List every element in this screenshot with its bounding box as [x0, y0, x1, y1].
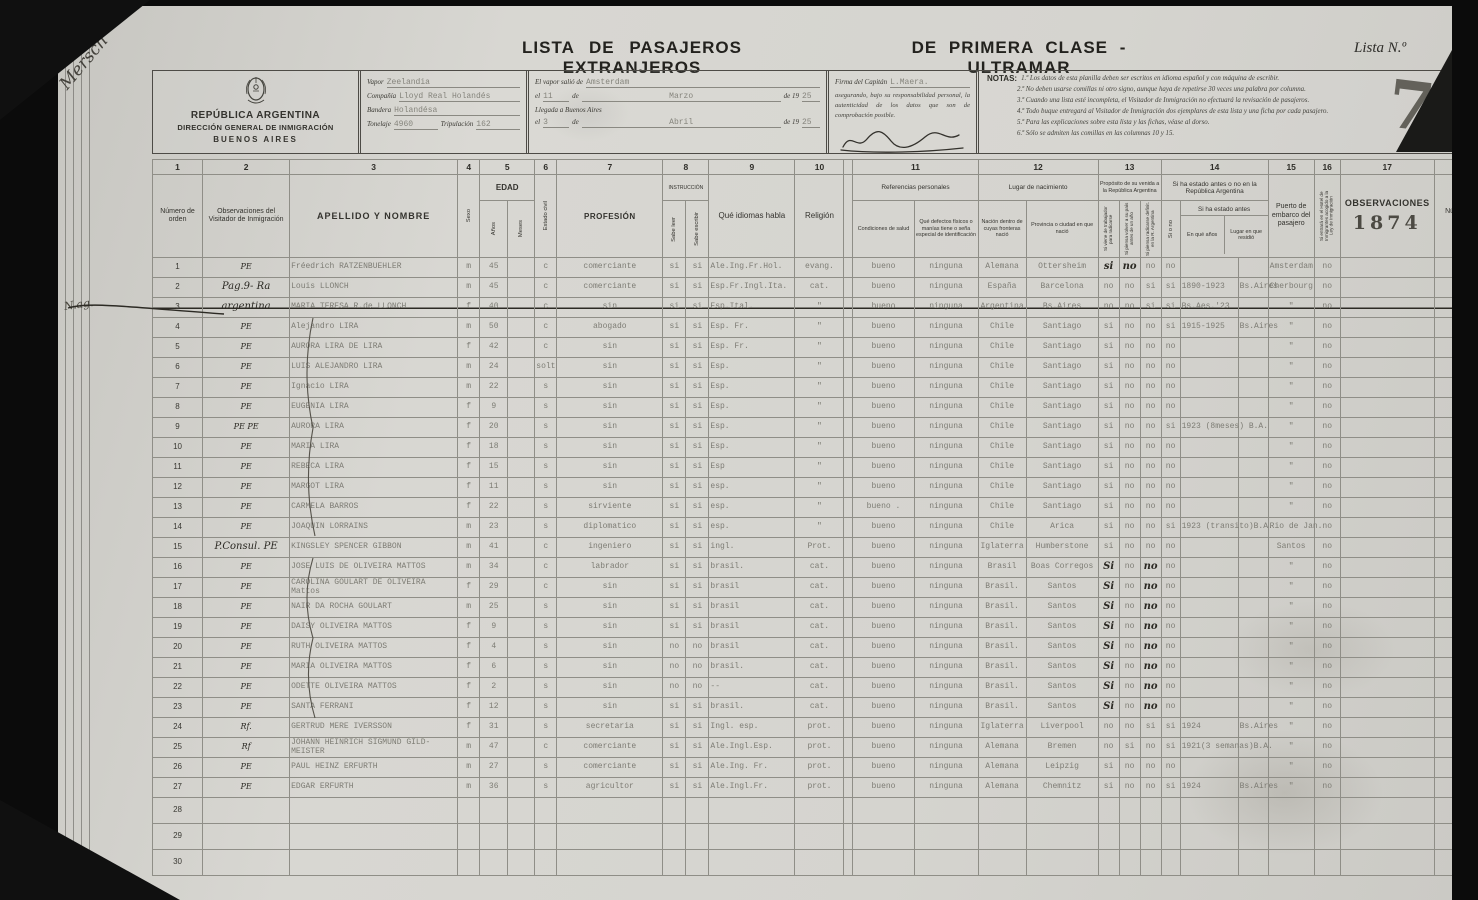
- cell-months: [508, 398, 535, 418]
- cell-obs17: [1340, 798, 1434, 824]
- cell-sp: [844, 278, 853, 298]
- cell-before: no: [1161, 438, 1180, 458]
- cell-nation: Brasil.: [978, 598, 1026, 618]
- table-row: 9PE PEAURORA LIRAf20ssinsisiEsp."buenoni…: [153, 418, 1478, 438]
- cell-prof: comerciante: [557, 278, 663, 298]
- lista-number-label: Lista N.º: [1354, 40, 1406, 57]
- cell-civil: s: [535, 598, 557, 618]
- cell-c16: no: [1314, 318, 1340, 338]
- cell-obs: PE: [203, 598, 290, 618]
- table-row: 15P.Consul. PEKINGSLEY SPENCER GIBBONm41…: [153, 538, 1478, 558]
- cell-name: JOAQUIN LORRAINS: [290, 518, 458, 538]
- header-observaciones-visitador: Observaciones del Visitador de Inmigraci…: [203, 175, 290, 258]
- cell-obs17: [1340, 738, 1434, 758]
- cell-sp: [844, 578, 853, 598]
- cell-health: bueno: [853, 718, 914, 738]
- cell-port: ": [1268, 418, 1314, 438]
- cell-nation: Brasil.: [978, 678, 1026, 698]
- cell-obs17: [1340, 698, 1434, 718]
- cell-c16: no: [1314, 538, 1340, 558]
- cell-p2: si: [1119, 738, 1140, 758]
- cell-port: Santos: [1268, 538, 1314, 558]
- cell-civil: c: [535, 318, 557, 338]
- cell-before: no: [1161, 378, 1180, 398]
- cell-years: 40: [480, 298, 508, 318]
- cell-health: bueno: [853, 598, 914, 618]
- cell-sp: [844, 418, 853, 438]
- header-idiomas: Qué idiomas habla: [709, 175, 795, 258]
- cell-n: 26: [153, 758, 203, 778]
- header-proposito-2: Si piensa volver a su país antes de un a…: [1119, 201, 1140, 258]
- table-row: 2929: [153, 824, 1478, 850]
- tripulacion-value: 162: [476, 120, 520, 130]
- cell-p2: no: [1119, 318, 1140, 338]
- table-row: 4PEAlejandro LIRAm50cabogadosisiEsp. Fr.…: [153, 318, 1478, 338]
- table-row: 19PEDAISY OLIVEIRA MATTOSf9ssinsisibrasi…: [153, 618, 1478, 638]
- cell-sp: [844, 438, 853, 458]
- cell-obs: PE: [203, 678, 290, 698]
- cell-health: bueno: [853, 338, 914, 358]
- cell-rel: prot.: [795, 778, 844, 798]
- cell-sp: [844, 778, 853, 798]
- cell-p3: no: [1140, 758, 1161, 778]
- cell-name: NAIR DA ROCHA GOULART: [290, 598, 458, 618]
- col-number: 9: [709, 160, 795, 175]
- cell-obs: [203, 798, 290, 824]
- cell-p1: Si: [1098, 638, 1119, 658]
- cell-p1: si: [1098, 538, 1119, 558]
- cell-write: si: [686, 558, 709, 578]
- table-row: 23PESANTA FERRANIf12ssinsisibrasil.cat.b…: [153, 698, 1478, 718]
- header-proposito-1: Si viene de trabajador para radicarse: [1098, 201, 1119, 258]
- cell-health: bueno: [853, 478, 914, 498]
- col-number: 13: [1098, 160, 1161, 175]
- cell-before: si: [1161, 518, 1180, 538]
- cell-read: si: [663, 278, 686, 298]
- cell-prof: agricultor: [557, 778, 663, 798]
- cell-yrs: 1921(3 semanas)B.A.: [1180, 738, 1238, 758]
- cell-c16: no: [1314, 558, 1340, 578]
- cell-sp: [844, 378, 853, 398]
- cell-obs17: [1340, 398, 1434, 418]
- cell-name: GERTRUD MERE IVERSSON: [290, 718, 458, 738]
- cell-write: [686, 850, 709, 876]
- cell-port: ": [1268, 738, 1314, 758]
- cell-sex: f: [458, 418, 480, 438]
- cell-sp: [844, 824, 853, 850]
- ship-vapor-field: Vapor Zeelandia: [367, 78, 520, 88]
- cell-years: [480, 850, 508, 876]
- cell-years: 45: [480, 278, 508, 298]
- cell-port: ": [1268, 458, 1314, 478]
- cell-p1: si: [1098, 458, 1119, 478]
- cell-defects: ninguna: [914, 598, 978, 618]
- cell-nation: Alemana: [978, 258, 1026, 278]
- cell-defects: ninguna: [914, 698, 978, 718]
- cell-place: [1238, 798, 1268, 824]
- cell-nation: Argentina: [978, 298, 1026, 318]
- cell-health: bueno: [853, 738, 914, 758]
- cell-months: [508, 478, 535, 498]
- cell-name: EDGAR ERFURTH: [290, 778, 458, 798]
- cell-defects: ninguna: [914, 658, 978, 678]
- cell-obs: PE: [203, 478, 290, 498]
- cell-civil: c: [535, 298, 557, 318]
- cell-p3: no: [1140, 558, 1161, 578]
- cell-p2: no: [1119, 498, 1140, 518]
- cell-p2: no: [1119, 758, 1140, 778]
- cell-read: si: [663, 738, 686, 758]
- cell-place: [1238, 498, 1268, 518]
- cell-city: Leipzig: [1026, 758, 1098, 778]
- cell-p3: no: [1140, 258, 1161, 278]
- col-number: 14: [1161, 160, 1268, 175]
- cell-civil: s: [535, 498, 557, 518]
- cell-civil: c: [535, 558, 557, 578]
- cell-nation: España: [978, 278, 1026, 298]
- cell-rel: ": [795, 358, 844, 378]
- salio-label: El vapor salió de: [535, 78, 583, 86]
- book-binding-edge: [58, 6, 92, 900]
- cell-lang: brasil.: [709, 698, 795, 718]
- observaciones-label: OBSERVACIONES: [1342, 198, 1433, 209]
- cell-yrs: [1180, 698, 1238, 718]
- cell-before: no: [1161, 478, 1180, 498]
- cell-rel: cat.: [795, 698, 844, 718]
- cell-c16: no: [1314, 738, 1340, 758]
- cell-p2: no: [1119, 558, 1140, 578]
- header-provincia-ciudad: Provincia o ciudad en que nació: [1026, 201, 1098, 258]
- cell-write: no: [686, 658, 709, 678]
- cell-health: bueno: [853, 778, 914, 798]
- cell-years: 23: [480, 518, 508, 538]
- cell-n: 4: [153, 318, 203, 338]
- anio-salida: 25: [802, 92, 820, 102]
- cell-yrs: [1180, 824, 1238, 850]
- cell-obs: PE PE: [203, 418, 290, 438]
- cell-read: [663, 798, 686, 824]
- cell-defects: ninguna: [914, 398, 978, 418]
- cell-read: si: [663, 598, 686, 618]
- cell-years: 20: [480, 418, 508, 438]
- cell-health: [853, 850, 914, 876]
- table-row: 11PEREBECA LIRAf15ssinsisiEsp"buenoningu…: [153, 458, 1478, 478]
- cell-city: Bremen: [1026, 738, 1098, 758]
- cell-obs: argentina: [203, 298, 290, 318]
- cell-read: no: [663, 678, 686, 698]
- cell-p3: si: [1140, 298, 1161, 318]
- cell-before: si: [1161, 738, 1180, 758]
- cell-sex: f: [458, 578, 480, 598]
- cell-prof: ingeniero: [557, 538, 663, 558]
- mes-llegada: Abril: [582, 118, 781, 128]
- cell-months: [508, 658, 535, 678]
- cell-sex: f: [458, 438, 480, 458]
- cell-prof: sin: [557, 618, 663, 638]
- cell-sp: [844, 318, 853, 338]
- cell-p1: si: [1098, 778, 1119, 798]
- cell-lang: Esp.Ital.: [709, 298, 795, 318]
- cell-city: Chemnitz: [1026, 778, 1098, 798]
- header-proposito-3: Si piensa radicarse definit. en la R. Ar…: [1140, 201, 1161, 258]
- cell-c16: [1314, 798, 1340, 824]
- cell-prof: sin: [557, 678, 663, 698]
- vapor-label: Vapor: [367, 78, 384, 86]
- cell-civil: c: [535, 278, 557, 298]
- cell-yrs: [1180, 638, 1238, 658]
- cell-port: ": [1268, 378, 1314, 398]
- cell-n: 1: [153, 258, 203, 278]
- header-meses: Meses: [508, 201, 535, 258]
- cell-n: 3: [153, 298, 203, 318]
- cell-before: si: [1161, 298, 1180, 318]
- cell-months: [508, 798, 535, 824]
- cell-years: 36: [480, 778, 508, 798]
- cell-write: si: [686, 698, 709, 718]
- cell-c16: [1314, 850, 1340, 876]
- cell-prof: [557, 850, 663, 876]
- table-row: 27PEEDGAR ERFURTHm36sagricultorsisiAle.I…: [153, 778, 1478, 798]
- cell-obs: Rf: [203, 738, 290, 758]
- cell-nation: Chile: [978, 478, 1026, 498]
- cell-lang: brasil: [709, 598, 795, 618]
- cell-health: bueno: [853, 358, 914, 378]
- cell-obs: PE: [203, 398, 290, 418]
- cell-city: Ottersheim: [1026, 258, 1098, 278]
- cell-city: Santiago: [1026, 458, 1098, 478]
- cell-prof: sin: [557, 458, 663, 478]
- compania-value: Lloyd Real Holandés: [399, 92, 520, 102]
- cell-name: RUTH OLIVEIRA MATTOS: [290, 638, 458, 658]
- scanned-passenger-list: { "page": { "title_left": "LISTA DE PASA…: [0, 0, 1478, 900]
- cell-nation: Chile: [978, 458, 1026, 478]
- cell-defects: ninguna: [914, 538, 978, 558]
- cell-p3: no: [1140, 458, 1161, 478]
- cell-before: no: [1161, 758, 1180, 778]
- cell-civil: [535, 850, 557, 876]
- cell-obs: PE: [203, 698, 290, 718]
- table-row: 12PEMARGOT LIRAf11ssinsisiesp."buenoning…: [153, 478, 1478, 498]
- cell-name: AURORA LIRA: [290, 418, 458, 438]
- cell-p3: si: [1140, 278, 1161, 298]
- cell-p1: si: [1098, 518, 1119, 538]
- cell-years: [480, 798, 508, 824]
- cell-city: Santiago: [1026, 478, 1098, 498]
- cell-sex: f: [458, 718, 480, 738]
- cell-name: ODETTE OLIVEIRA MATTOS: [290, 678, 458, 698]
- cell-yrs: 1915-1925: [1180, 318, 1238, 338]
- cell-c16: no: [1314, 398, 1340, 418]
- cell-write: si: [686, 318, 709, 338]
- cell-p1: [1098, 850, 1119, 876]
- salida-date-field: el 11 de Marzo de 19 25: [535, 92, 820, 102]
- col-number: 5: [480, 160, 535, 175]
- header-sabe-escribir: Sabe escribir: [686, 201, 709, 258]
- cell-p3: no: [1140, 658, 1161, 678]
- cell-n: 18: [153, 598, 203, 618]
- cell-name: CAROLINA GOULART DE OLIVEIRA Mattos: [290, 578, 458, 598]
- cell-sp: [844, 718, 853, 738]
- cell-name: KINGSLEY SPENCER GIBBON: [290, 538, 458, 558]
- cell-health: bueno: [853, 538, 914, 558]
- de-label2: de: [572, 118, 579, 126]
- cell-health: [853, 824, 914, 850]
- cell-prof: sin: [557, 638, 663, 658]
- cell-c16: no: [1314, 438, 1340, 458]
- cell-obs17: [1340, 678, 1434, 698]
- cell-health: bueno: [853, 398, 914, 418]
- vapor-value: Zeelandia: [387, 78, 520, 88]
- cell-read: si: [663, 498, 686, 518]
- cell-yrs: [1180, 578, 1238, 598]
- cell-place: [1238, 458, 1268, 478]
- cell-before: no: [1161, 558, 1180, 578]
- cell-place: [1238, 578, 1268, 598]
- cell-p2: no: [1119, 298, 1140, 318]
- cell-read: si: [663, 758, 686, 778]
- cell-p2: no: [1119, 698, 1140, 718]
- cell-sp: [844, 638, 853, 658]
- cell-port: ": [1268, 358, 1314, 378]
- cell-obs: PE: [203, 518, 290, 538]
- cell-lang: brasil.: [709, 558, 795, 578]
- cell-c16: no: [1314, 358, 1340, 378]
- cell-prof: sin: [557, 438, 663, 458]
- cell-civil: s: [535, 418, 557, 438]
- cell-place: Bs.Aires: [1238, 778, 1268, 798]
- cell-obs17: [1340, 478, 1434, 498]
- cell-defects: ninguna: [914, 718, 978, 738]
- cell-p2: no: [1119, 338, 1140, 358]
- cell-sp: [844, 798, 853, 824]
- cell-prof: sin: [557, 598, 663, 618]
- cell-c16: no: [1314, 498, 1340, 518]
- cell-p1: Si: [1098, 658, 1119, 678]
- cell-read: [663, 850, 686, 876]
- cell-rel: cat.: [795, 618, 844, 638]
- header-observaciones: OBSERVACIONES 1874: [1340, 175, 1434, 258]
- nota-item: 3.ª Cuando una lista esté incompleta, el…: [1017, 96, 1348, 107]
- cell-obs: PE: [203, 578, 290, 598]
- cell-sp: [844, 678, 853, 698]
- table-row: 2Pag.9- RaLouis LLONCHm45ccomerciantesis…: [153, 278, 1478, 298]
- cell-write: si: [686, 258, 709, 278]
- tonelaje-label: Tonelaje: [367, 120, 391, 128]
- cell-yrs: [1180, 598, 1238, 618]
- cell-defects: ninguna: [914, 318, 978, 338]
- cell-c16: no: [1314, 598, 1340, 618]
- cell-place: [1238, 638, 1268, 658]
- cell-name: MARIA OLIVEIRA MATTOS: [290, 658, 458, 678]
- header-apellido-nombre: APELLIDO Y NOMBRE: [290, 175, 458, 258]
- cell-port: ": [1268, 598, 1314, 618]
- cell-obs17: [1340, 618, 1434, 638]
- cell-p3: no: [1140, 338, 1161, 358]
- cell-place: Bs.Aires: [1238, 318, 1268, 338]
- cell-rel: cat.: [795, 278, 844, 298]
- cell-city: Arica: [1026, 518, 1098, 538]
- cell-sex: f: [458, 618, 480, 638]
- cell-city: [1026, 824, 1098, 850]
- cell-obs: PE: [203, 638, 290, 658]
- cell-p1: no: [1098, 278, 1119, 298]
- cell-sex: m: [458, 758, 480, 778]
- cell-port: Amsterdam: [1268, 258, 1314, 278]
- cell-name: MARIA LIRA: [290, 438, 458, 458]
- cell-before: no: [1161, 398, 1180, 418]
- header-religion: Religión: [795, 175, 844, 258]
- cell-name: CARMELA BARROS: [290, 498, 458, 518]
- cell-obs17: [1340, 558, 1434, 578]
- table-row: 26PEPAUL HEINZ ERFURTHm27scomerciantesis…: [153, 758, 1478, 778]
- cell-sp: [844, 338, 853, 358]
- cell-p2: no: [1119, 478, 1140, 498]
- cell-rel: ": [795, 318, 844, 338]
- header-estado-civil: Estado civil: [535, 175, 557, 258]
- cell-years: 6: [480, 658, 508, 678]
- cell-before: [1161, 850, 1180, 876]
- cell-months: [508, 698, 535, 718]
- cell-rel: ": [795, 438, 844, 458]
- cell-before: si: [1161, 718, 1180, 738]
- llegada-field: Llegada a Buenos Aires: [535, 106, 820, 114]
- ship-bandera-field: Bandera Holandésa: [367, 106, 520, 116]
- cell-obs: PE: [203, 338, 290, 358]
- cell-write: si: [686, 418, 709, 438]
- cell-place: [1238, 824, 1268, 850]
- table-row: 13PECARMELA BARROSf22ssirvientesisiesp."…: [153, 498, 1478, 518]
- cell-rel: prot.: [795, 758, 844, 778]
- cell-defects: [914, 850, 978, 876]
- cell-city: Santiago: [1026, 378, 1098, 398]
- cell-obs: PE: [203, 758, 290, 778]
- nota-item: 4.ª Todo buque entregará al Visitador de…: [1017, 107, 1348, 118]
- cell-write: si: [686, 498, 709, 518]
- cell-nation: [978, 850, 1026, 876]
- cell-lang: esp.: [709, 518, 795, 538]
- cell-place: [1238, 850, 1268, 876]
- header-estado-antes: Si ha estado antes o no en la República …: [1161, 175, 1268, 201]
- cell-p1: si: [1098, 258, 1119, 278]
- cell-obs17: [1340, 778, 1434, 798]
- cell-months: [508, 758, 535, 778]
- cell-health: bueno: [853, 658, 914, 678]
- cell-read: si: [663, 558, 686, 578]
- cell-name: [290, 850, 458, 876]
- cell-months: [508, 458, 535, 478]
- cell-write: si: [686, 338, 709, 358]
- cell-place: [1238, 478, 1268, 498]
- cell-write: si: [686, 618, 709, 638]
- cell-name: DAISY OLIVEIRA MATTOS: [290, 618, 458, 638]
- salio-port-value: Amsterdam: [586, 78, 820, 88]
- cell-health: bueno: [853, 318, 914, 338]
- cell-port: ": [1268, 398, 1314, 418]
- cell-port: ": [1268, 338, 1314, 358]
- cell-months: [508, 618, 535, 638]
- cell-c16: no: [1314, 478, 1340, 498]
- cell-place: [1238, 438, 1268, 458]
- cell-defects: ninguna: [914, 518, 978, 538]
- nota-item: 5.ª Para las explicaciones sobre esta li…: [1017, 118, 1348, 129]
- cell-p2: no: [1119, 398, 1140, 418]
- cell-p3: no: [1140, 778, 1161, 798]
- cell-yrs: [1180, 378, 1238, 398]
- cell-c16: no: [1314, 758, 1340, 778]
- cell-years: 22: [480, 378, 508, 398]
- cell-civil: c: [535, 538, 557, 558]
- col-number: 16: [1314, 160, 1340, 175]
